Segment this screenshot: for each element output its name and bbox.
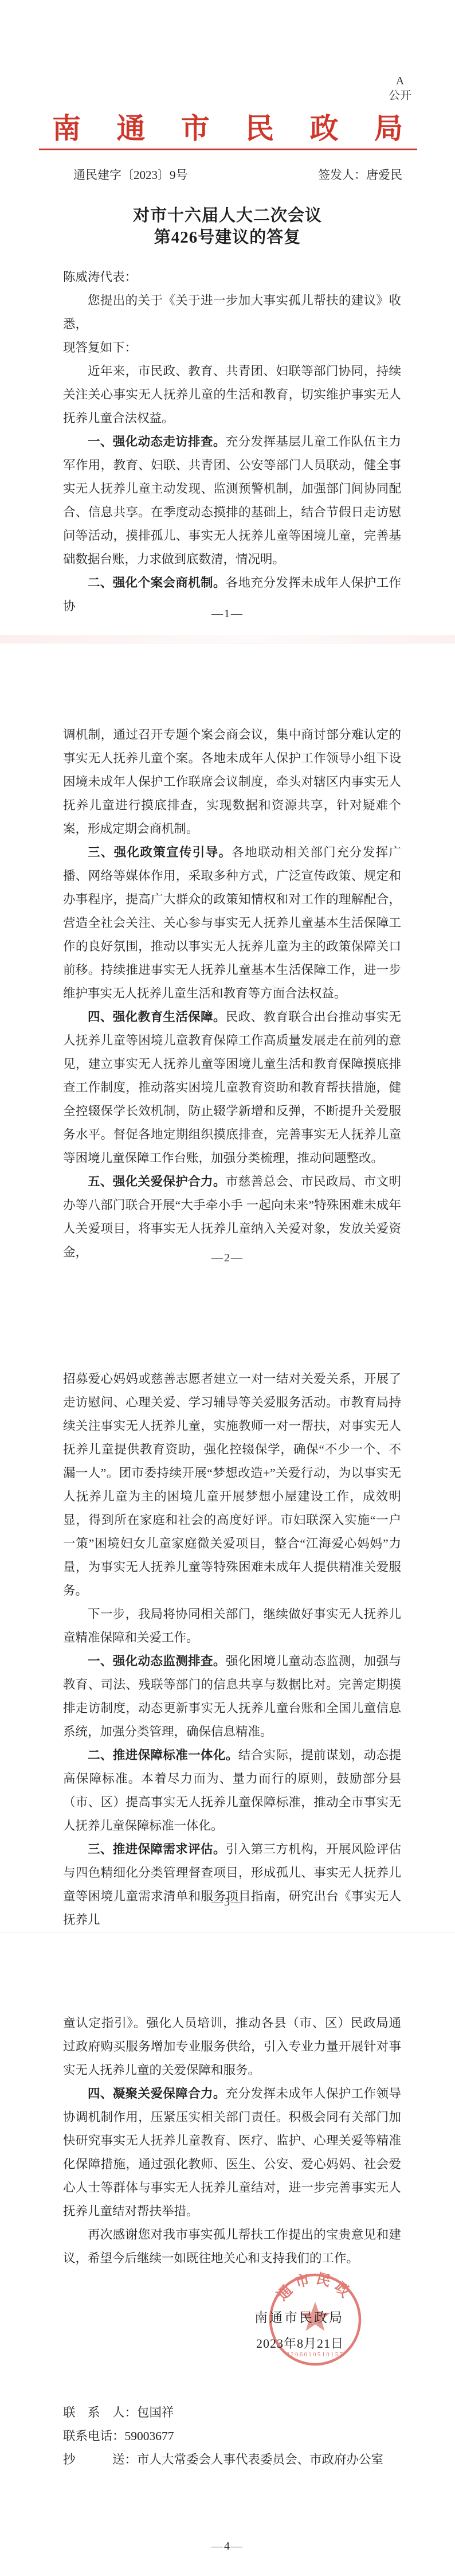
contact-person-row: 联 系 人：包国祥 — [63, 2401, 401, 2425]
signature-date: 2023年8月21日 — [0, 2334, 344, 2352]
agency-char: 局 — [374, 112, 403, 145]
contact-phone-value: 59003677 — [125, 2429, 174, 2443]
salutation: 陈威涛代表： — [63, 266, 401, 289]
page-number: —2— — [0, 1252, 455, 1265]
cc-label: 抄 送： — [63, 2453, 137, 2466]
agency-masthead: 南 通 市 民 政 局 — [52, 112, 403, 145]
paragraph: 五、强化关爱保护合力。市慈善总会、市民政局、市文明办等八部门联合开展“大手牵小手… — [63, 1170, 401, 1264]
paragraph-heading: 二、推进保障标准一体化。 — [88, 1748, 238, 1762]
page-4: 童认定指引》。强化人员培训，推动各县（市、区）民政局通过政府购买服务增加专业服务… — [0, 1932, 455, 2576]
grade-mark: A — [389, 73, 411, 88]
seal-arc-text: 南通市民政局 — [258, 2262, 356, 2304]
contact-person-label: 联 系 人： — [63, 2406, 137, 2419]
paragraph-text: 民政、教育联合出台推动事实无人抚养儿童等困境儿童教育保障工作高质量发展走在前列的… — [63, 1010, 401, 1165]
paragraph: 一、强化动态监测排查。强化困境儿童动态监测，加强与教育、司法、残联等部门的信息共… — [63, 1650, 401, 1744]
signature-block: 南通市民政局 2023年8月21日 — [0, 2307, 344, 2352]
page-1: A 公开 南 通 市 民 政 局 通民建字〔2023〕9号 签发人：唐爱民 对市… — [0, 0, 455, 644]
page-3: 招募爱心妈妈或慈善志愿者建立一对一结对关爱关系，开展了走访慰问、心理关爱、学习辅… — [0, 1288, 455, 1932]
paragraph-heading: 一、强化动态监测排查。 — [88, 1654, 226, 1668]
agency-char: 政 — [310, 112, 339, 145]
paragraph-heading: 三、推进保障需求评估。 — [88, 1842, 226, 1856]
paragraph-text: 招募爱心妈妈或慈善志愿者建立一对一结对关爱关系，开展了走访慰问、心理关爱、学习辅… — [63, 1372, 401, 1597]
page-1-body: 陈威涛代表： 您提出的关于《关于进一步加大事实孤儿帮扶的建议》收悉， 现答复如下… — [63, 266, 401, 618]
paragraph-text: 近年来，市民政、教育、共青团、妇联等部门协同，持续关注关心事实无人抚养儿童的生活… — [63, 364, 401, 425]
corner-mark: A 公开 — [389, 73, 411, 103]
document-title: 对市十六届人大二次会议 第426号建议的答复 — [0, 205, 455, 248]
paragraph-heading: 四、凝聚关爱保障合力。 — [88, 2087, 226, 2100]
paragraph: 四、强化教育生活保障。民政、教育联合出台推动事实无人抚养儿童等困境儿童教育保障工… — [63, 1006, 401, 1170]
paragraph-text: 您提出的关于《关于进一步加大事实孤儿帮扶的建议》收悉， — [63, 294, 401, 331]
contact-person-value: 包国祥 — [137, 2406, 174, 2419]
seal-code: 3206010510157 — [287, 2352, 344, 2358]
svg-text:南通市民政局: 南通市民政局 — [258, 2262, 356, 2304]
paragraph-text: 下一步，我局将协同相关部门，继续做好事实无人抚养儿童精准保障和关爱工作。 — [63, 1607, 401, 1644]
paragraph-heading: 三、强化政策宣传引导。 — [88, 845, 232, 859]
paragraph-heading: 四、强化教育生活保障。 — [88, 1010, 226, 1024]
paragraph: 童认定指引》。强化人员培训，推动各县（市、区）民政局通过政府购买服务增加专业服务… — [63, 2012, 401, 2082]
contact-phone-row: 联系电话：59003677 — [63, 2425, 401, 2448]
page-2-body: 调机制，通过召开专题个案会商会议，集中商讨部分难认定的事实无人抚养儿童个案。各地… — [63, 723, 401, 1264]
paragraph: 二、推进保障标准一体化。结合实际，提前谋划，动态提高保障标准。本着尽力而为、量力… — [63, 1744, 401, 1838]
paragraph-text: 童认定指引》。强化人员培训，推动各县（市、区）民政局通过政府购买服务增加专业服务… — [63, 2016, 401, 2077]
cc-value: 市人大常委会人事代表委员会、市政府办公室 — [137, 2453, 383, 2466]
page-number: —3— — [0, 1896, 455, 1909]
paragraph-heading: 五、强化关爱保护合力。 — [88, 1175, 226, 1188]
publicity-mark: 公开 — [389, 88, 411, 103]
paragraph: 四、凝聚关爱保障合力。充分发挥未成年人保护工作领导协调机制作用，压紧压实相关部门… — [63, 2082, 401, 2223]
contact-phone-label: 联系电话： — [63, 2429, 125, 2443]
contacts-block: 联 系 人：包国祥 联系电话：59003677 抄 送：市人大常委会人事代表委员… — [63, 2401, 401, 2472]
signer-label: 签发人：唐爱民 — [318, 166, 402, 183]
masthead-rule — [39, 149, 417, 150]
paragraph-text: 再次感谢您对我市事实孤儿帮扶工作提出的宝贵意见和建议，希望今后继续一如既往地关心… — [63, 2228, 401, 2265]
paragraph-heading: 一、强化动态走访排查。 — [88, 435, 226, 449]
agency-char: 通 — [116, 112, 145, 145]
agency-char: 民 — [245, 112, 274, 145]
paragraph: 三、推进保障需求评估。引入第三方机构，开展风险评估与四色精细化分类管理督查项目，… — [63, 1838, 401, 1932]
paragraph-text: 充分发挥基层儿童工作队伍主力军作用，教育、妇联、共青团、公安等部门人员联动，健全… — [63, 435, 401, 566]
document-title-line1: 对市十六届人大二次会议 — [0, 205, 455, 227]
paragraph-text: 充分发挥未成年人保护工作领导协调机制作用，压紧压实相关部门责任。积极会同有关部门… — [63, 2087, 401, 2218]
paragraph: 三、强化政策宣传引导。各地联动相关部门充分发挥广播、网络等媒体作用，采取多种方式… — [63, 841, 401, 1006]
agency-char: 市 — [181, 112, 210, 145]
cc-row: 抄 送：市人大常委会人事代表委员会、市政府办公室 — [63, 2448, 401, 2472]
paragraph: 调机制，通过召开专题个案会商会议，集中商讨部分难认定的事实无人抚养儿童个案。各地… — [63, 723, 401, 841]
paragraph-heading: 二、强化个案会商机制。 — [88, 576, 226, 590]
page-4-body: 童认定指引》。强化人员培训，推动各县（市、区）民政局通过政府购买服务增加专业服务… — [63, 2012, 401, 2270]
agency-char: 南 — [52, 112, 81, 145]
document-title-line2: 第426号建议的答复 — [0, 227, 455, 248]
paragraph: 近年来，市民政、教育、共青团、妇联等部门协同，持续关注关心事实无人抚养儿童的生活… — [63, 360, 401, 430]
paragraph-text: 各地联动相关部门充分发挥广播、网络等媒体作用，采取多种方式，广泛宣传政策、规定和… — [63, 845, 401, 1000]
signature-agency: 南通市民政局 — [0, 2307, 344, 2326]
paragraph: 下一步，我局将协同相关部门，继续做好事实无人抚养儿童精准保障和关爱工作。 — [63, 1603, 401, 1650]
paragraph-text: 现答复如下： — [63, 336, 401, 360]
page-2: 调机制，通过召开专题个案会商会议，集中商讨部分难认定的事实无人抚养儿童个案。各地… — [0, 644, 455, 1288]
paragraph: 招募爱心妈妈或慈善志愿者建立一对一结对关爱关系，开展了走访慰问、心理关爱、学习辅… — [63, 1367, 401, 1603]
scan-artifact-band — [0, 635, 455, 643]
paragraph: 您提出的关于《关于进一步加大事实孤儿帮扶的建议》收悉， 现答复如下： — [63, 289, 401, 360]
docnum-row: 通民建字〔2023〕9号 签发人：唐爱民 — [73, 166, 402, 183]
page-number: —4— — [0, 2540, 455, 2553]
doc-number: 通民建字〔2023〕9号 — [73, 166, 188, 183]
page-number: —1— — [0, 607, 455, 621]
page-3-body: 招募爱心妈妈或慈善志愿者建立一对一结对关爱关系，开展了走访慰问、心理关爱、学习辅… — [63, 1367, 401, 1932]
paragraph-text: 调机制，通过召开专题个案会商会议，集中商讨部分难认定的事实无人抚养儿童个案。各地… — [63, 728, 401, 836]
paragraph: 一、强化动态走访排查。充分发挥基层儿童工作队伍主力军作用，教育、妇联、共青团、公… — [63, 430, 401, 571]
